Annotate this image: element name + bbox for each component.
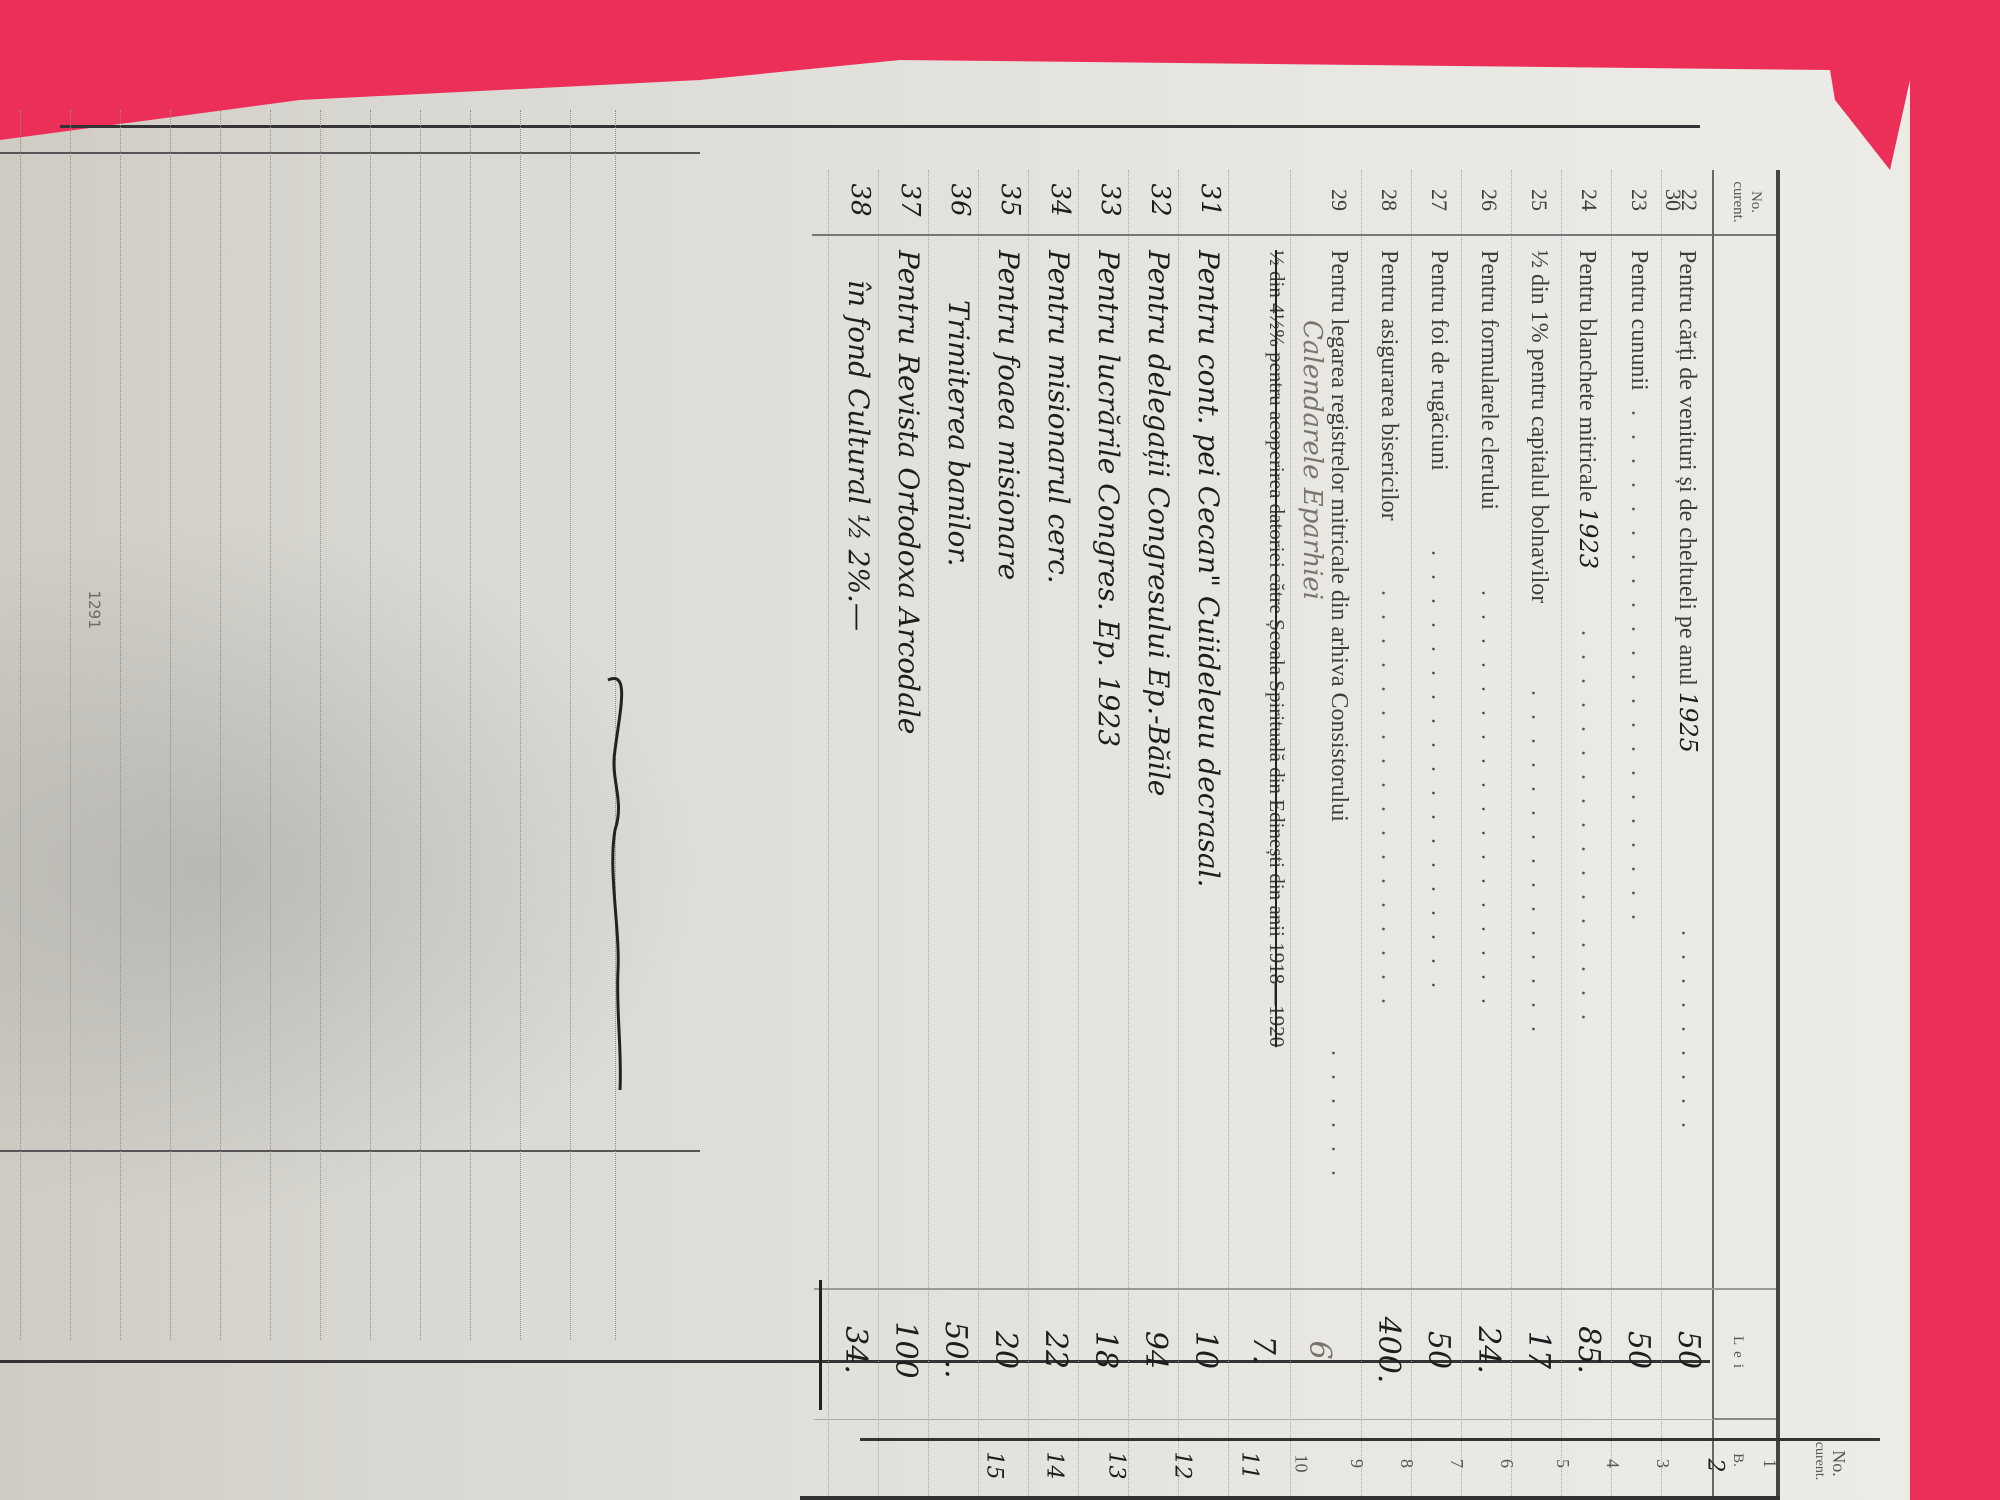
table-row: 24 Pentru blanchete mitricale 1923 .....… <box>1561 170 1612 1500</box>
row-amount: 18 <box>1088 1290 1123 1410</box>
row-description: Pentru Revista Ortodoxa Arcodale <box>892 250 925 734</box>
row-number: 35 <box>995 170 1025 230</box>
table-row: 23 Pentru cununii ......................… <box>1611 170 1662 1500</box>
next-page-number: 8 <box>1396 1459 1417 1468</box>
next-page-number-handwritten: 11 <box>1237 1452 1262 1480</box>
table-row: 32 Pentru delegații Congresului Ep.-Băil… <box>1128 170 1179 1500</box>
table-row: 26 Pentru formularele clerului .........… <box>1461 170 1512 1500</box>
row-amount: 20 <box>988 1290 1023 1410</box>
table-row: 31 Pentru cont. pei Cecan" Cuiideleuu de… <box>1178 170 1229 1500</box>
row-description: Pentru formularele clerului <box>1475 250 1502 510</box>
ledger-header-row: No. curent. Lei B. <box>1712 170 1776 1500</box>
table-row: 38 în fond Cultural ½ 2%.— 34. <box>828 170 879 1500</box>
next-page-top-rule <box>860 1438 1880 1441</box>
row-description: Pentru lucrările Congres. Ep. 1923 <box>1092 250 1125 747</box>
row-amount: 400. <box>1371 1290 1406 1410</box>
next-page-number: 2 <box>1703 1459 1728 1473</box>
table-row-annotation: Calendarele Eparhiei 6 <box>1290 170 1327 1500</box>
row-number: 30 <box>1660 170 1686 230</box>
row-description: Pentru asigurarea bisericilor <box>1375 250 1402 521</box>
row-amount: 85. <box>1571 1290 1606 1410</box>
row-number: 38 <box>845 170 875 230</box>
row-description: ½ din 1% pentru capitalul bolnavilor <box>1525 250 1552 603</box>
next-page-number: 5 <box>1552 1459 1573 1468</box>
row-description: în fond Cultural ½ 2%.— <box>842 280 875 631</box>
row-description: Pentru cărți de venituri și de cheltueli… <box>1673 250 1702 753</box>
b-column-divider <box>814 1419 1714 1420</box>
header-no-label: No. <box>1748 170 1764 234</box>
row-amount: 10 <box>1188 1290 1223 1410</box>
row-number: 32 <box>1145 170 1175 230</box>
row-number: 26 <box>1476 170 1502 230</box>
header-lei-label: Lei <box>1730 1290 1746 1420</box>
ledger-top-border <box>1776 170 1780 1500</box>
row-amount: 34. <box>838 1290 873 1410</box>
next-page-no-label: No. <box>1828 1450 1849 1477</box>
row-amount: 22 <box>1038 1290 1073 1410</box>
next-page-number: 1 <box>1759 1459 1780 1468</box>
next-page-number-handwritten: 13 <box>1104 1452 1129 1480</box>
row-number: 28 <box>1376 170 1402 230</box>
row-amount: 94 <box>1138 1290 1173 1410</box>
row-description: Pentru cununii <box>1625 250 1652 391</box>
row-description: Trimiterea banilor. <box>942 300 975 567</box>
row-description: Pentru legarea registrelor mitricale din… <box>1325 250 1352 822</box>
row-number: 27 <box>1426 170 1452 230</box>
row-amount: 6 <box>1302 1290 1337 1410</box>
row-description: Pentru delegații Congresului Ep.-Băile <box>1142 250 1175 796</box>
row-description: Pentru blanchete mitricale 1923 <box>1573 250 1602 569</box>
next-page-number: 9 <box>1346 1459 1367 1468</box>
header-lei-cell: Lei <box>1714 1288 1776 1420</box>
next-page-number-handwritten: 14 <box>1042 1452 1067 1480</box>
row-number: 34 <box>1045 170 1075 230</box>
handwritten-calendar-note: Calendarele Eparhiei <box>1297 320 1327 600</box>
row-number: 29 <box>1326 170 1352 230</box>
next-page-number-handwritten: 12 <box>1170 1452 1195 1480</box>
total-underline <box>819 1280 822 1410</box>
table-row: 22 Pentru cărți de venituri și de cheltu… <box>1661 170 1712 1500</box>
table-row: 34 Pentru misionarul cerc. 22 <box>1028 170 1079 1500</box>
row-description: Pentru cont. pei Cecan" Cuiideleuu decra… <box>1192 250 1225 887</box>
next-page-number: 7 <box>1446 1459 1467 1468</box>
table-row: 36 Trimiterea banilor. 50.. <box>928 170 979 1500</box>
row-amount: 50 <box>1421 1290 1456 1410</box>
row-number: 37 <box>895 170 925 230</box>
row-number: 33 <box>1095 170 1125 230</box>
no-column-divider <box>812 234 1712 236</box>
table-row: 25 ½ din 1% pentru capitalul bolnavilor … <box>1511 170 1562 1500</box>
row-amount: 24. <box>1471 1290 1506 1410</box>
next-page-number: 10 <box>1291 1455 1312 1473</box>
next-page-curent-label: curent. <box>1811 1442 1827 1480</box>
table-row: 28 Pentru asigurarea bisericilor .......… <box>1361 170 1412 1500</box>
row-number: 23 <box>1626 170 1652 230</box>
handwritten-closing-flourish <box>590 670 650 1090</box>
row-number: 24 <box>1576 170 1602 230</box>
header-no-cell: No. curent. <box>1714 170 1776 236</box>
row-description: Pentru foi de rugăciuni <box>1425 250 1452 471</box>
row-amount: 50 <box>1621 1290 1656 1410</box>
ledger-table: No. curent. Lei B. 22 Pentru cărți de ve… <box>100 170 1780 1500</box>
ledger-rotated-frame: No. curent. Lei B. 22 Pentru cărți de ve… <box>100 170 1780 1500</box>
next-page-number-handwritten: 15 <box>982 1452 1007 1480</box>
next-page-number: 3 <box>1652 1459 1673 1468</box>
next-page-number: 4 <box>1602 1459 1623 1468</box>
table-row: 35 Pentru foaea misionare 20 <box>978 170 1029 1500</box>
row-description: Pentru foaea misionare <box>992 250 1025 580</box>
row-amount: 7. <box>1246 1290 1281 1410</box>
row-description-struck: ½ din 4½% pentru acoperirea datoriei căt… <box>1265 250 1289 1170</box>
table-row: 30 ½ din 4½% pentru acoperirea datoriei … <box>1228 170 1291 1500</box>
row-amount: 100 <box>888 1290 923 1410</box>
table-row: 33 Pentru lucrările Congres. Ep. 1923 18 <box>1078 170 1129 1500</box>
row-amount: 50.. <box>938 1290 973 1410</box>
lei-column-divider <box>814 1288 1714 1290</box>
row-description: Pentru misionarul cerc. <box>1042 250 1075 584</box>
row-number: 36 <box>945 170 975 230</box>
row-amount: 50 <box>1671 1290 1706 1410</box>
next-page-number: 6 <box>1496 1459 1517 1468</box>
header-curent-label: curent. <box>1730 170 1746 234</box>
next-page-row-numbers: No. curent. 1 2 3 4 5 6 7 8 9 10 11 12 1… <box>840 1445 1870 1500</box>
table-row: 27 Pentru foi de rugăciuni .............… <box>1411 170 1462 1500</box>
row-number: 31 <box>1195 170 1225 230</box>
row-number: 25 <box>1526 170 1552 230</box>
row-amount: 17 <box>1521 1290 1556 1410</box>
table-row: 37 Pentru Revista Ortodoxa Arcodale 100 <box>878 170 929 1500</box>
